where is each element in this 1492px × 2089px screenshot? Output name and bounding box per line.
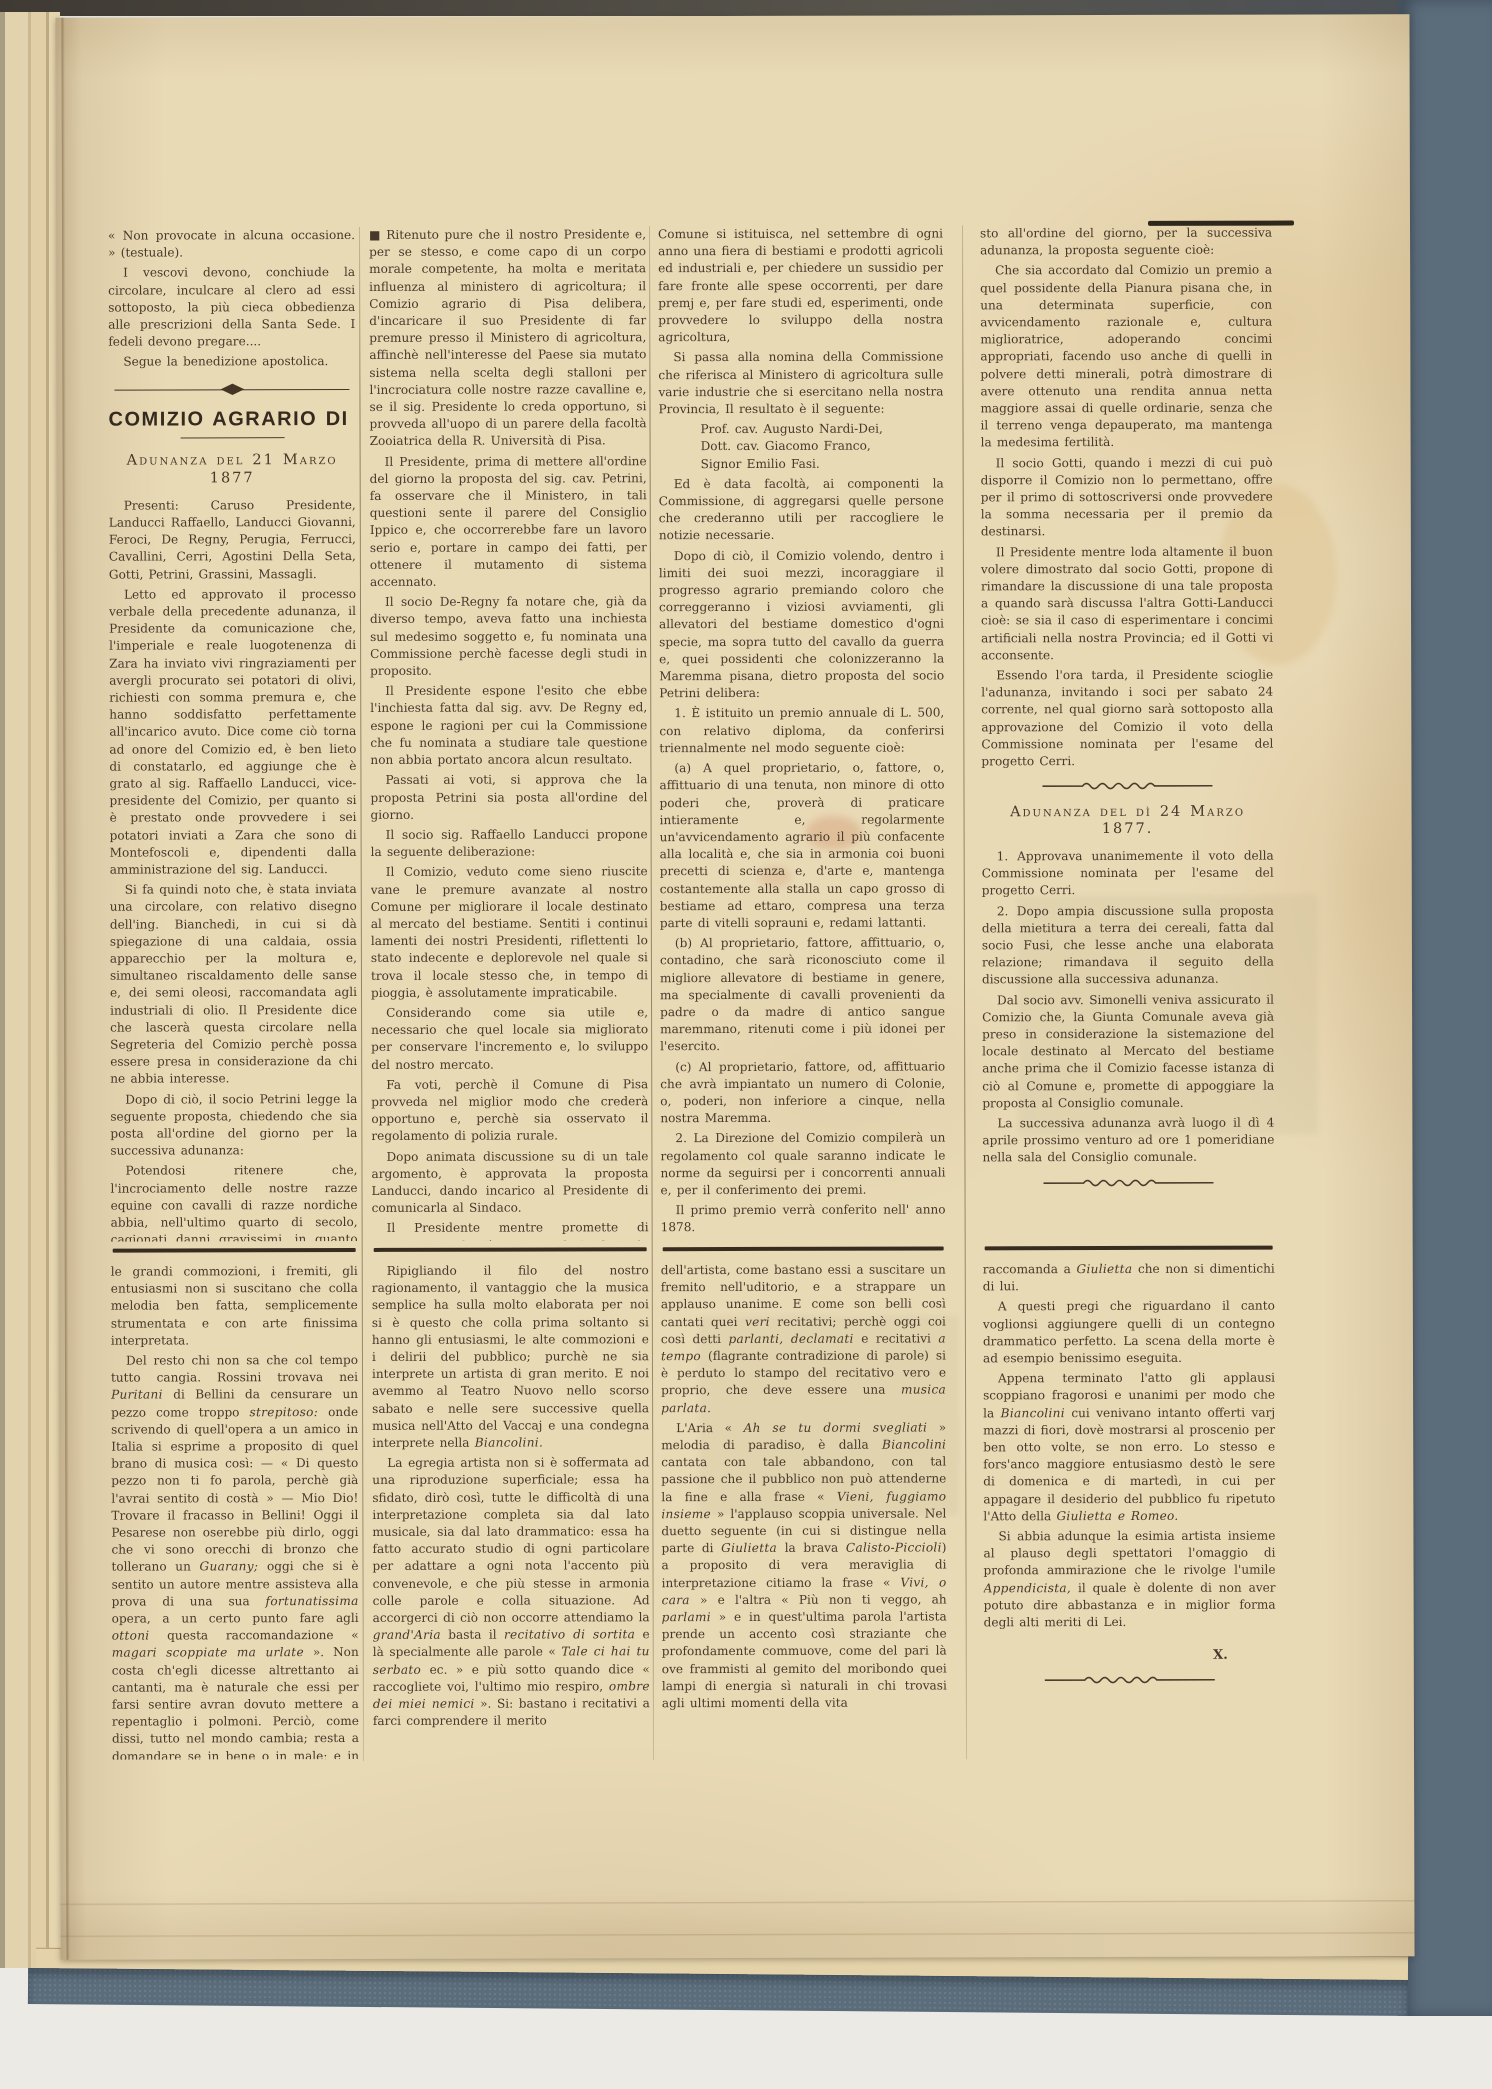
- paragraph-continuation: ■ Ritenuto pure che il nostro Presidente…: [369, 226, 647, 450]
- paragraph: Il Presidente mentre promette di trasmet…: [372, 1220, 649, 1241]
- section-divider-rule: [663, 1246, 944, 1251]
- column-rule: [962, 225, 967, 1759]
- column-2-bottom: Ripigliando il filo del nostro ragioname…: [372, 1242, 650, 1759]
- paragraph: Il Presidente, prima di mettere all'ordi…: [370, 453, 647, 591]
- paragraph: Segue la benedizione apostolica.: [108, 353, 355, 371]
- ornamental-diamond-rule: [112, 382, 351, 399]
- paragraph: (a) A quel proprietario, o, fattore, o, …: [659, 760, 944, 933]
- paragraph: Appena terminato l'atto gli applausi sco…: [983, 1370, 1275, 1526]
- column-rule: [359, 227, 364, 1761]
- wavy-rule: [982, 1175, 1274, 1193]
- paragraph: Dopo animata discussione su di un tale a…: [371, 1148, 648, 1218]
- paragraph: La egregia artista non si è soffermata a…: [372, 1454, 650, 1730]
- paragraph: Del resto chi non sa che col tempo tutto…: [111, 1352, 359, 1760]
- session-heading: Adunanza del 21 Marzo 1877: [109, 452, 356, 487]
- paragraph-continuation: dell'artista, come bastano essi a suscit…: [661, 1261, 946, 1417]
- paragraph: Dal socio avv. Simonelli veniva assicura…: [982, 991, 1274, 1112]
- column-1-bottom: le grandi commozioni, i fremiti, gli ent…: [111, 1243, 359, 1760]
- section-divider-rule: [113, 1248, 356, 1253]
- paragraph: Essendo l'ora tarda, il Presidente sciog…: [981, 667, 1273, 771]
- paragraph: Fa voti, perchè il Comune di Pisa provve…: [371, 1076, 648, 1146]
- paragraph: Potendosi ritenere che, l'incrociamento …: [110, 1162, 357, 1241]
- scan-edge-top: [0, 0, 1492, 16]
- paragraph: Passati ai voti, si approva che la propo…: [370, 772, 647, 824]
- column-3-bottom: dell'artista, come bastano essi a suscit…: [661, 1241, 947, 1758]
- paragraph: Il Presidente espone l'esito che ebbe l'…: [370, 683, 647, 770]
- book-scan: « Non provocate in alcuna occasione. » (…: [0, 0, 1492, 2089]
- wavy-rule-icon: [1038, 779, 1216, 791]
- paragraph: (c) Al proprietario, fattore, od, affitt…: [660, 1058, 945, 1128]
- paragraph: 2. La Direzione del Comizio compilerà un…: [660, 1130, 945, 1200]
- commission-member: Dott. cav. Giacomo Franco,: [701, 438, 944, 456]
- wavy-rule-icon: [1039, 1175, 1217, 1187]
- paragraph-continuation: le grandi commozioni, i fremiti, gli ent…: [111, 1263, 358, 1350]
- section-divider-rule: [374, 1247, 647, 1252]
- heading-underline-rule: [180, 437, 284, 439]
- paragraph: Il socio De-Regny fa notare che, già da …: [370, 593, 647, 680]
- paragraph: Il socio dott. Gotti domanda che sia po-: [661, 1239, 946, 1240]
- paragraph: Ripigliando il filo del nostro ragioname…: [372, 1262, 649, 1452]
- paragraph: Si fa quindi noto che, è stata inviata u…: [110, 881, 358, 1088]
- paragraph-continuation: raccomanda a Giulietta che non si diment…: [983, 1261, 1275, 1296]
- wavy-rule: [981, 779, 1273, 797]
- column-1-top: « Non provocate in alcuna occasione. » (…: [108, 227, 358, 1242]
- paragraph: Il socio Gotti, quando i mezzi di cui pu…: [981, 454, 1273, 541]
- author-signature: X.: [984, 1647, 1276, 1665]
- paragraph: Il socio sig. Raffaello Landucci propone…: [371, 826, 648, 861]
- paragraph: Il primo premio verrà conferito nell' an…: [661, 1202, 946, 1237]
- paragraph: 1. È istituito un premio annuale di L. 5…: [659, 705, 944, 757]
- paragraph-continuation: « Non provocate in alcuna occasione. » (…: [108, 227, 355, 262]
- paragraph: Il Comizio, veduto come sieno riuscite v…: [371, 864, 648, 1002]
- session-heading: Adunanza del dì 24 Marzo 1877.: [982, 803, 1274, 838]
- column-3-top: Comune si istituisca, nel settembre di o…: [658, 225, 946, 1240]
- paragraph: Si abbia adunque la esimia artista insie…: [983, 1528, 1275, 1632]
- paragraph: Letto ed approvato il processo verbale d…: [109, 586, 357, 879]
- column-4-bottom: raccomanda a Giulietta che non si diment…: [983, 1241, 1276, 1758]
- commission-member: Prof. cav. Augusto Nardi-Dei,: [701, 421, 944, 439]
- column-rule: [649, 226, 654, 1760]
- section-divider-rule: [985, 1246, 1273, 1251]
- paragraph: Presenti: Caruso Presidente, Landucci Ra…: [109, 497, 356, 584]
- column-4-top: sto all'ordine del giorno, per la succes…: [980, 225, 1275, 1240]
- paragraph-continuation: sto all'ordine del giorno, per la succes…: [980, 225, 1272, 260]
- paragraph: 1. Approvava unanimemente il voto della …: [982, 847, 1274, 899]
- paragraph: Dopo di ciò, il Comizio volendo, dentro …: [659, 547, 944, 703]
- paragraph: Dopo di ciò, il socio Petrini legge la s…: [110, 1091, 357, 1160]
- paragraph: A questi pregi che riguardano il canto v…: [983, 1298, 1275, 1368]
- commission-member: Signor Emilio Fasi.: [701, 455, 944, 473]
- page-stack-edges: [0, 12, 60, 1968]
- newspaper-page: « Non provocate in alcuna occasione. » (…: [55, 14, 1414, 1960]
- wavy-rule-icon: [1041, 1673, 1219, 1685]
- article-title: COMIZIO AGRARIO DI PISA: [108, 411, 355, 429]
- paragraph: Che sia accordato dal Comizio un premio …: [980, 262, 1272, 452]
- paragraph: I vescovi devono, conchiude la circolare…: [108, 264, 355, 351]
- paragraph: Ed è data facoltà, ai componenti la Comm…: [659, 475, 944, 545]
- wavy-rule: [984, 1673, 1276, 1691]
- commission-members: Prof. cav. Augusto Nardi-Dei,Dott. cav. …: [659, 421, 944, 473]
- paragraph: 2. Dopo ampia discussione sulla proposta…: [982, 902, 1274, 989]
- column-2-top: ■ Ritenuto pure che il nostro Presidente…: [369, 226, 649, 1241]
- paragraph: Si passa alla nomina della Commissione c…: [658, 349, 943, 419]
- paragraph-continuation: Comune si istituisca, nel settembre di o…: [658, 225, 943, 346]
- paragraph: La successiva adunanza avrà luogo il dì …: [982, 1115, 1274, 1167]
- paragraph: Il Presidente mentre loda altamente il b…: [981, 543, 1273, 664]
- paragraph: L'Aria « Ah se tu dormi svegliati » melo…: [661, 1419, 947, 1712]
- text-block: « Non provocate in alcuna occasione. » (…: [55, 14, 1414, 1960]
- paragraph: Considerando come sia utile e, necessari…: [371, 1004, 648, 1074]
- paragraph: (b) Al proprietario, fattore, affittuari…: [660, 935, 945, 1056]
